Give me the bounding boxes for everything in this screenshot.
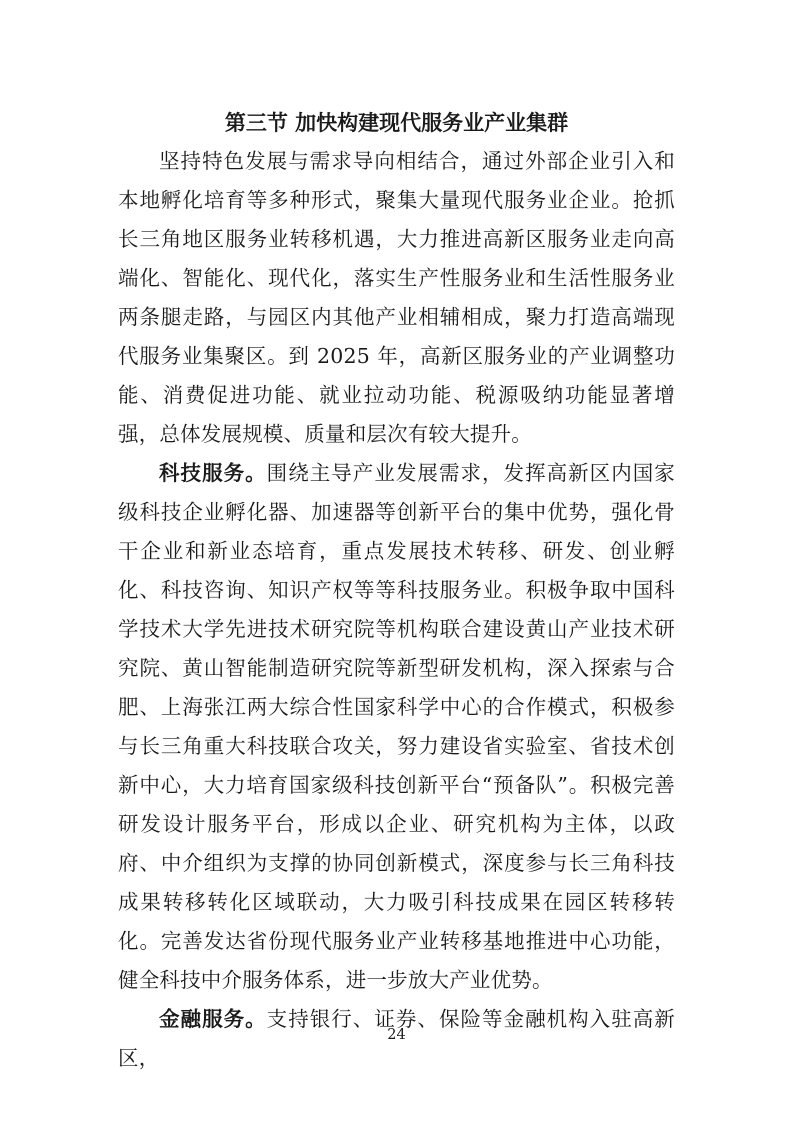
document-page: 第三节 加快构建现代服务业产业集群 坚持特色发展与需求导向相结合，通过外部企业引…	[0, 0, 793, 1122]
paragraph-tech-services: 科技服务。围绕主导产业发展需求，发挥高新区内国家级科技企业孵化器、加速器等创新平…	[118, 454, 675, 1000]
paragraph-overview: 坚持特色发展与需求导向相结合，通过外部企业引入和本地孵化培育等多种形式，聚集大量…	[118, 142, 675, 454]
paragraph-tech-services-lead: 科技服务。	[159, 461, 267, 485]
paragraph-tech-services-text: 围绕主导产业发展需求，发挥高新区内国家级科技企业孵化器、加速器等创新平台的集中优…	[118, 461, 675, 992]
page-number: 24	[0, 1026, 793, 1044]
paragraph-overview-text: 坚持特色发展与需求导向相结合，通过外部企业引入和本地孵化培育等多种形式，聚集大量…	[118, 149, 675, 446]
text-block: 第三节 加快构建现代服务业产业集群 坚持特色发展与需求导向相结合，通过外部企业引…	[118, 103, 675, 1078]
section-title: 第三节 加快构建现代服务业产业集群	[118, 103, 675, 142]
